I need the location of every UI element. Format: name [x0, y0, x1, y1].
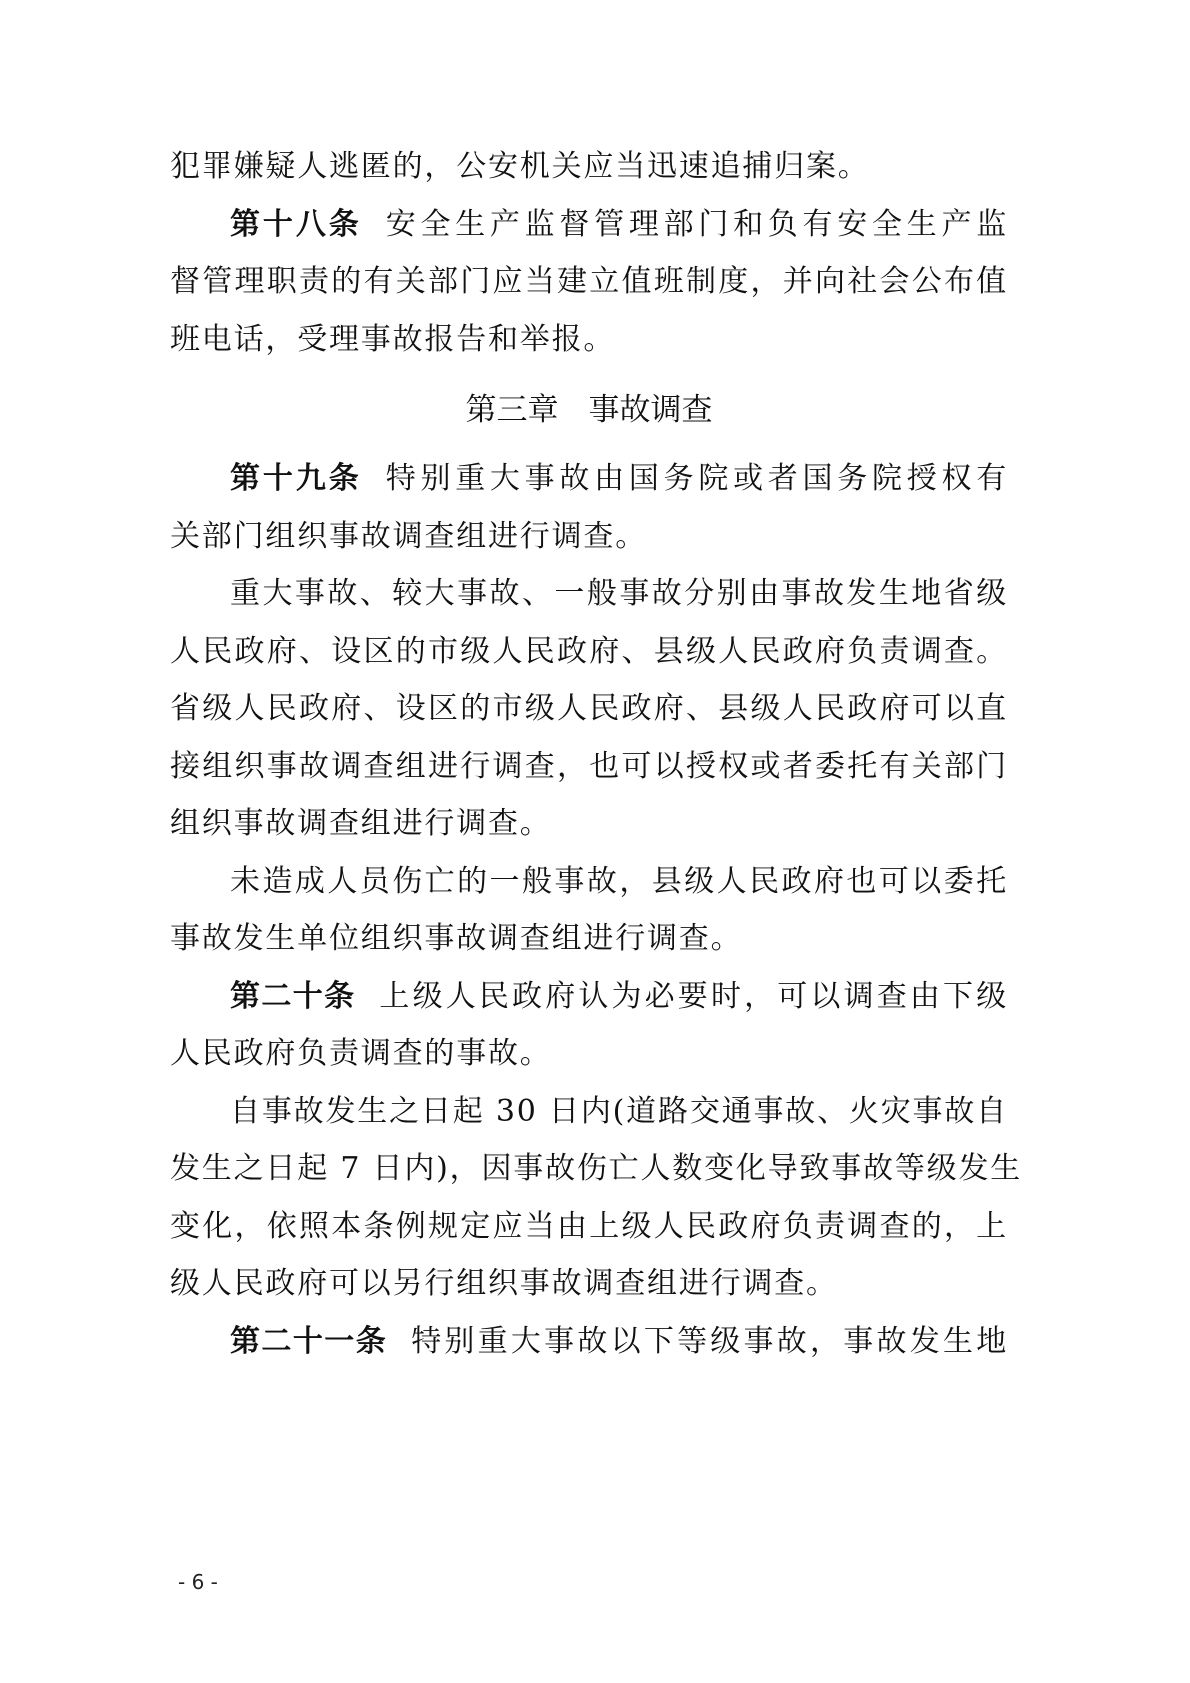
page-number: - 6 - — [178, 1570, 218, 1594]
text-line: 级人民政府可以另行组织事故调查组进行调查。 — [170, 1255, 1008, 1313]
text-line: 自事故发生之日起 30 日内(道路交通事故、火灾事故自 — [170, 1083, 1008, 1141]
article-18-line: 第十八条安全生产监督管理部门和负有安全生产监 — [170, 196, 1008, 254]
text-line: 督管理职责的有关部门应当建立值班制度，并向社会公布值 — [170, 253, 1008, 311]
text-line: 犯罪嫌疑人逃匿的，公安机关应当迅速追捕归案。 — [170, 138, 1008, 196]
text-line: 事故发生单位组织事故调查组进行调查。 — [170, 910, 1008, 968]
article-heading: 第十九条 — [230, 461, 362, 496]
text-line: 省级人民政府、设区的市级人民政府、县级人民政府可以直 — [170, 680, 1008, 738]
article-heading: 第二十条 — [230, 979, 355, 1014]
text-line: 接组织事故调查组进行调查，也可以授权或者委托有关部门 — [170, 738, 1008, 796]
chapter-heading: 第三章事故调查 — [170, 374, 1008, 447]
text-line: 重大事故、较大事故、一般事故分别由事故发生地省级 — [170, 565, 1008, 623]
article-heading: 第二十一条 — [230, 1324, 387, 1359]
document-page: 犯罪嫌疑人逃匿的，公安机关应当迅速追捕归案。 第十八条安全生产监督管理部门和负有… — [170, 138, 1008, 1370]
text-line: 发生之日起 7 日内)，因事故伤亡人数变化导致事故等级发生 — [170, 1140, 1008, 1198]
text-line: 人民政府、设区的市级人民政府、县级人民政府负责调查。 — [170, 623, 1008, 681]
text-line: 变化，依照本条例规定应当由上级人民政府负责调查的，上 — [170, 1198, 1008, 1256]
text-line: 关部门组织事故调查组进行调查。 — [170, 508, 1008, 566]
text-line: 特别重大事故由国务院或者国务院授权有 — [386, 461, 1008, 496]
text-line: 人民政府负责调查的事故。 — [170, 1025, 1008, 1083]
article-20-line: 第二十条上级人民政府认为必要时，可以调查由下级 — [170, 968, 1008, 1026]
article-19-line: 第十九条特别重大事故由国务院或者国务院授权有 — [170, 450, 1008, 508]
text-line: 班电话，受理事故报告和举报。 — [170, 311, 1008, 369]
chapter-number: 第三章 — [466, 392, 559, 428]
article-21-line: 第二十一条特别重大事故以下等级事故，事故发生地 — [170, 1313, 1008, 1371]
text-line: 安全生产监督管理部门和负有安全生产监 — [386, 207, 1008, 242]
chapter-title: 事故调查 — [589, 392, 713, 428]
text-line: 未造成人员伤亡的一般事故，县级人民政府也可以委托 — [170, 853, 1008, 911]
text-line: 组织事故调查组进行调查。 — [170, 795, 1008, 853]
article-heading: 第十八条 — [230, 207, 362, 242]
text-line: 特别重大事故以下等级事故，事故发生地 — [411, 1324, 1008, 1359]
text-line: 上级人民政府认为必要时，可以调查由下级 — [379, 979, 1008, 1014]
